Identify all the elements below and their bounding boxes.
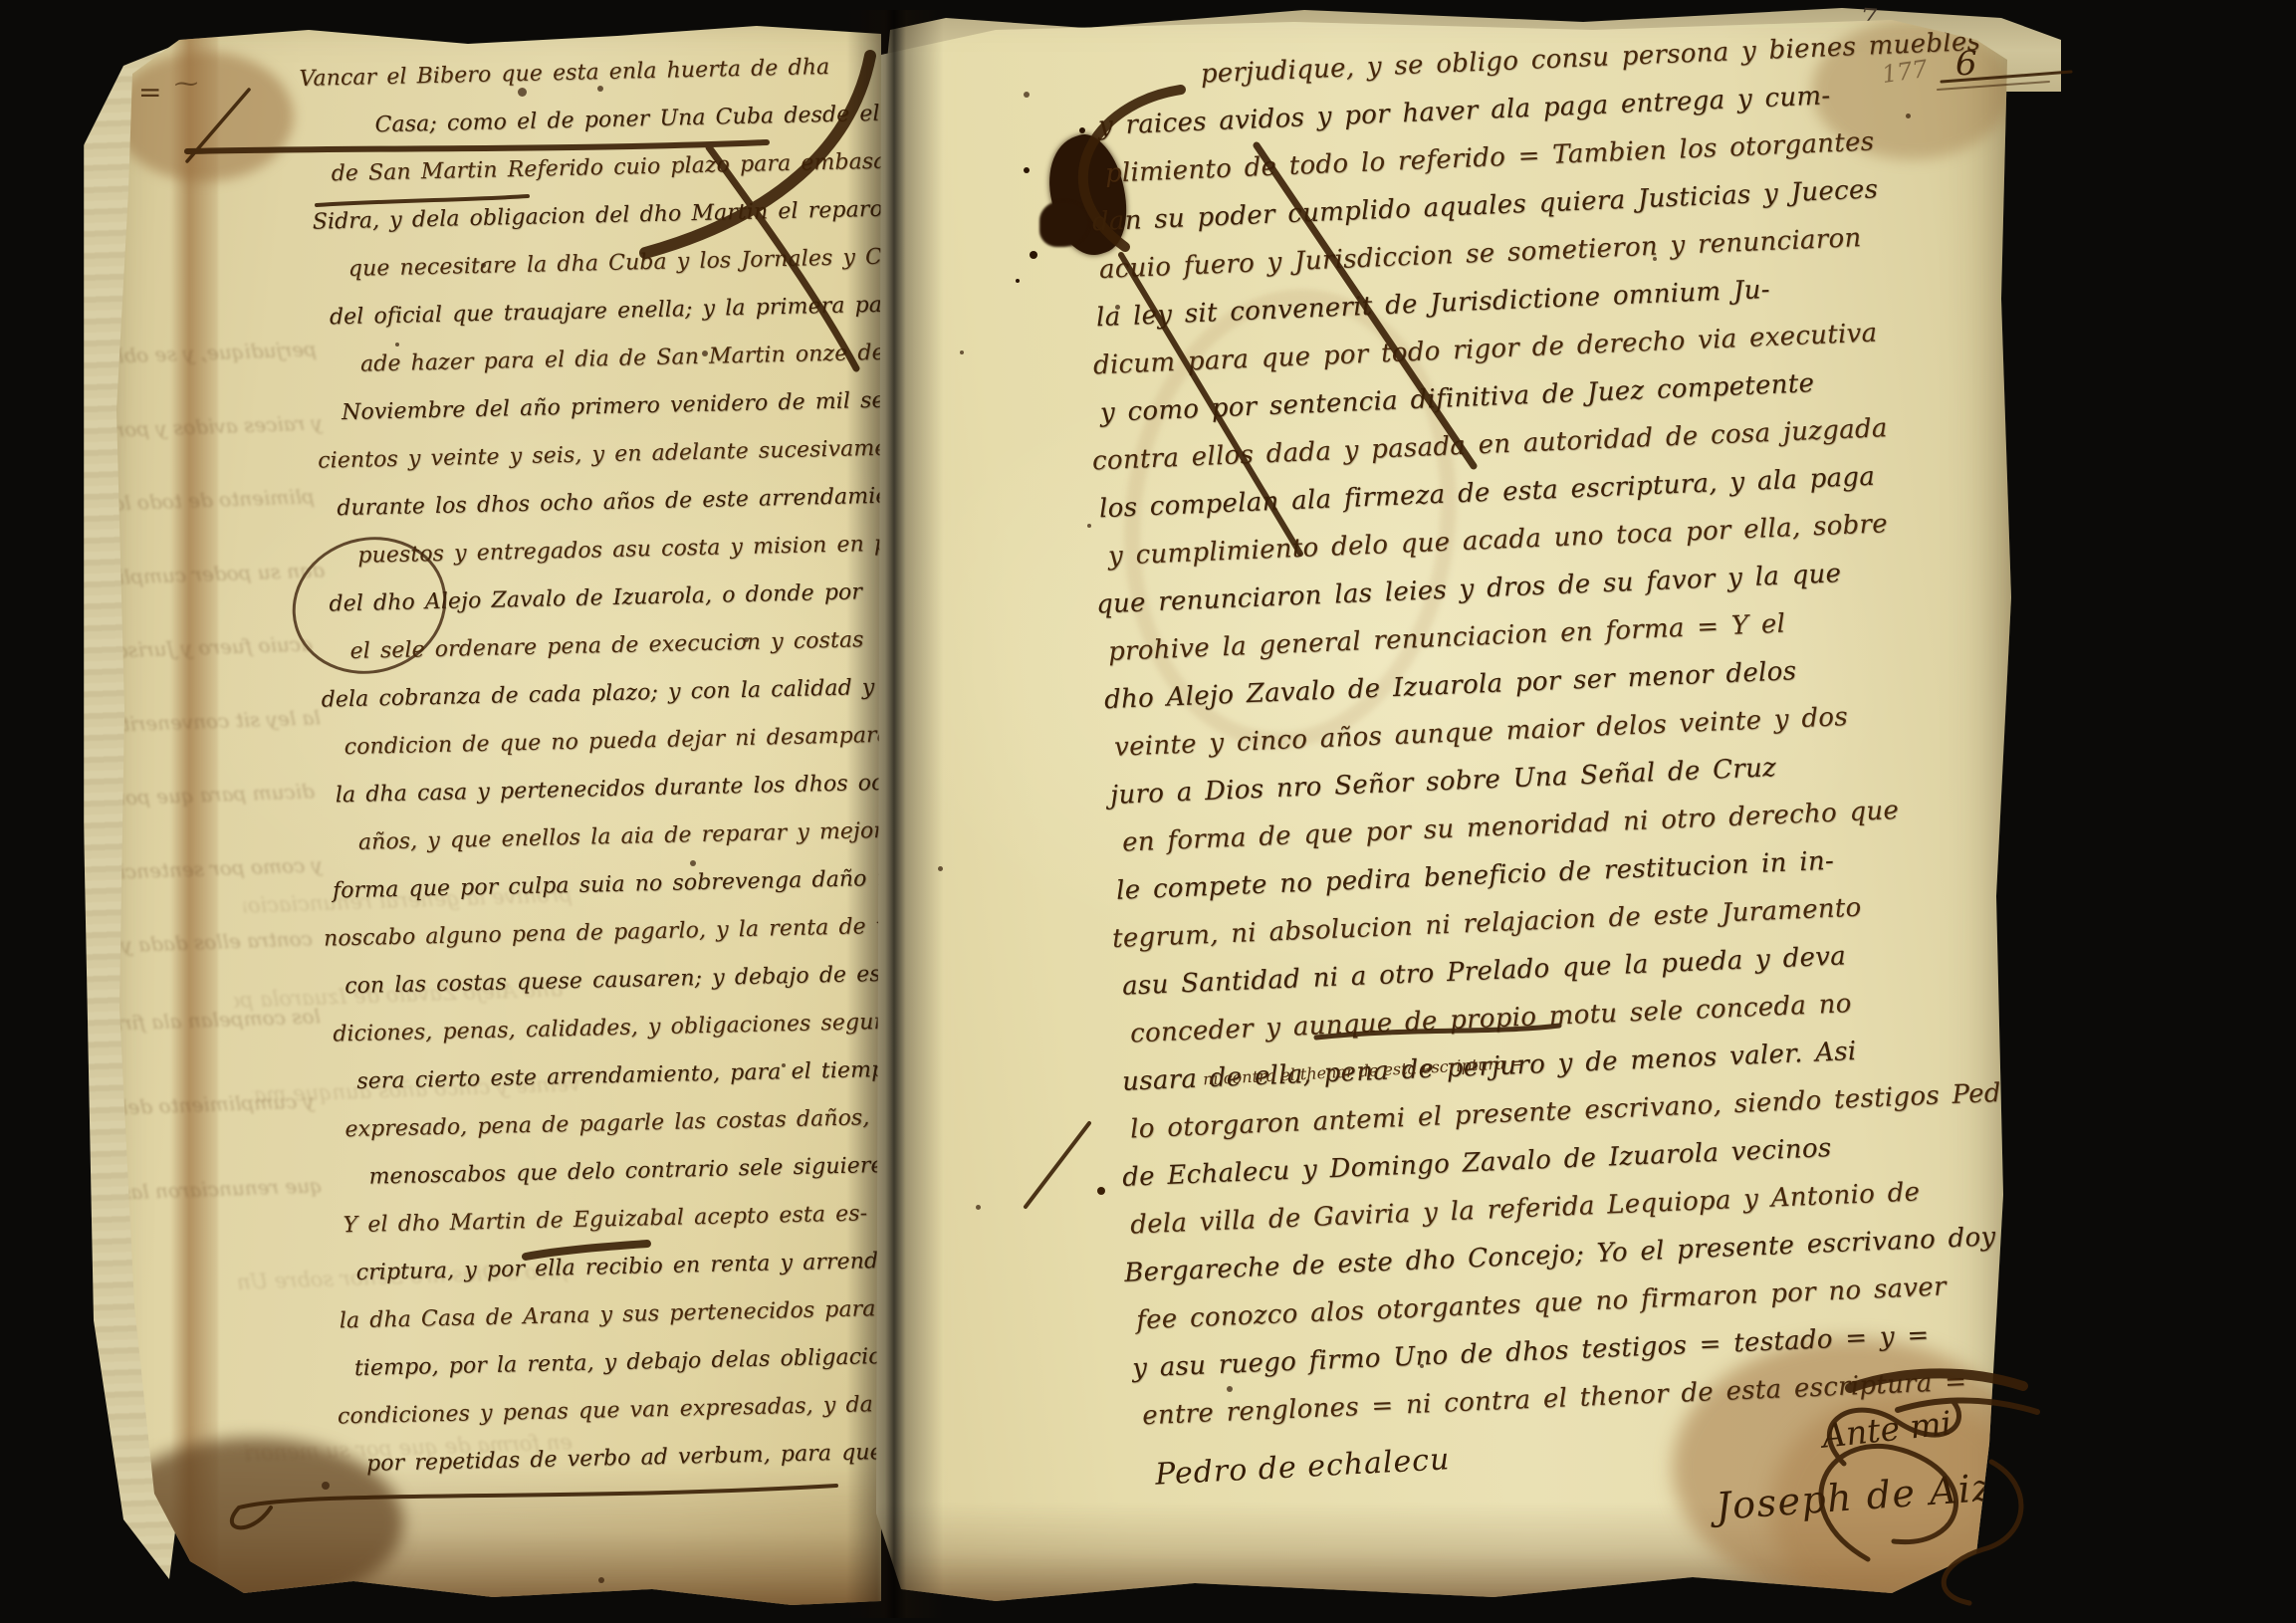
bottom-stain-band — [874, 1504, 2011, 1623]
ink-speck — [598, 1577, 604, 1583]
bleed-through-text: acuio fuero y Jurisdiccion se sometieron… — [99, 631, 314, 670]
bleed-through-text: que renunciaron las leies y dros de su f… — [109, 1173, 324, 1212]
bottom-stain-band — [95, 1464, 881, 1613]
ink-speck — [976, 1205, 981, 1210]
right-manuscript-page: 177 6 perjudique, y se obligo consu pers… — [874, 20, 2011, 1623]
ink-speck — [938, 866, 943, 871]
margin-squiggle-mark: ⁓ — [174, 70, 198, 98]
left-manuscript-page: perjudique, y se obligo consu persona y … — [95, 12, 881, 1613]
bleed-through-text: y raices avidos y por haver ala paga ent… — [109, 410, 324, 449]
margin-equals-mark: = — [138, 76, 161, 109]
left-page-text-block: Vancar el Bibero que esta enla huerta de… — [299, 42, 929, 1489]
ink-droplet — [1016, 279, 1020, 283]
notary-attestation: Ante mi — [1820, 1403, 1953, 1455]
right-page-text-block: perjudique, y se obligo consu persona y … — [1073, 17, 2056, 1441]
ink-speck — [322, 1482, 330, 1490]
ink-speck — [1024, 92, 1030, 98]
manuscript-scan: { "document": { "folio_number": "6", "fo… — [0, 0, 2296, 1623]
top-left-stain — [115, 52, 294, 181]
bleed-through-text: perjudique, y se obligo consu persona y … — [103, 337, 318, 375]
bleed-through-text: dicum para que por todo rigor de derecho… — [101, 779, 316, 817]
bleed-through-text: y como por sentencia difinitiva de Juez … — [109, 852, 324, 891]
ink-speck — [1087, 524, 1091, 528]
bleed-through-text: plimiento de todo lo referido = Tambien … — [101, 484, 316, 523]
witness-signature: Pedro de echalecu — [1154, 1442, 1451, 1492]
ink-droplet — [1030, 251, 1037, 259]
ink-droplet — [1024, 167, 1030, 173]
bleed-through-text: contra ellos dada y pasada en autoridad … — [99, 926, 314, 965]
bleed-through-text: dan su poder cumplido aquales quiera Jus… — [111, 558, 326, 596]
ink-speck — [960, 350, 964, 354]
bleed-through-text: la ley sit convenerit de Jurisdictione o… — [107, 705, 322, 744]
notary-signature: Joseph de Aizpuru — [1715, 1459, 2092, 1528]
